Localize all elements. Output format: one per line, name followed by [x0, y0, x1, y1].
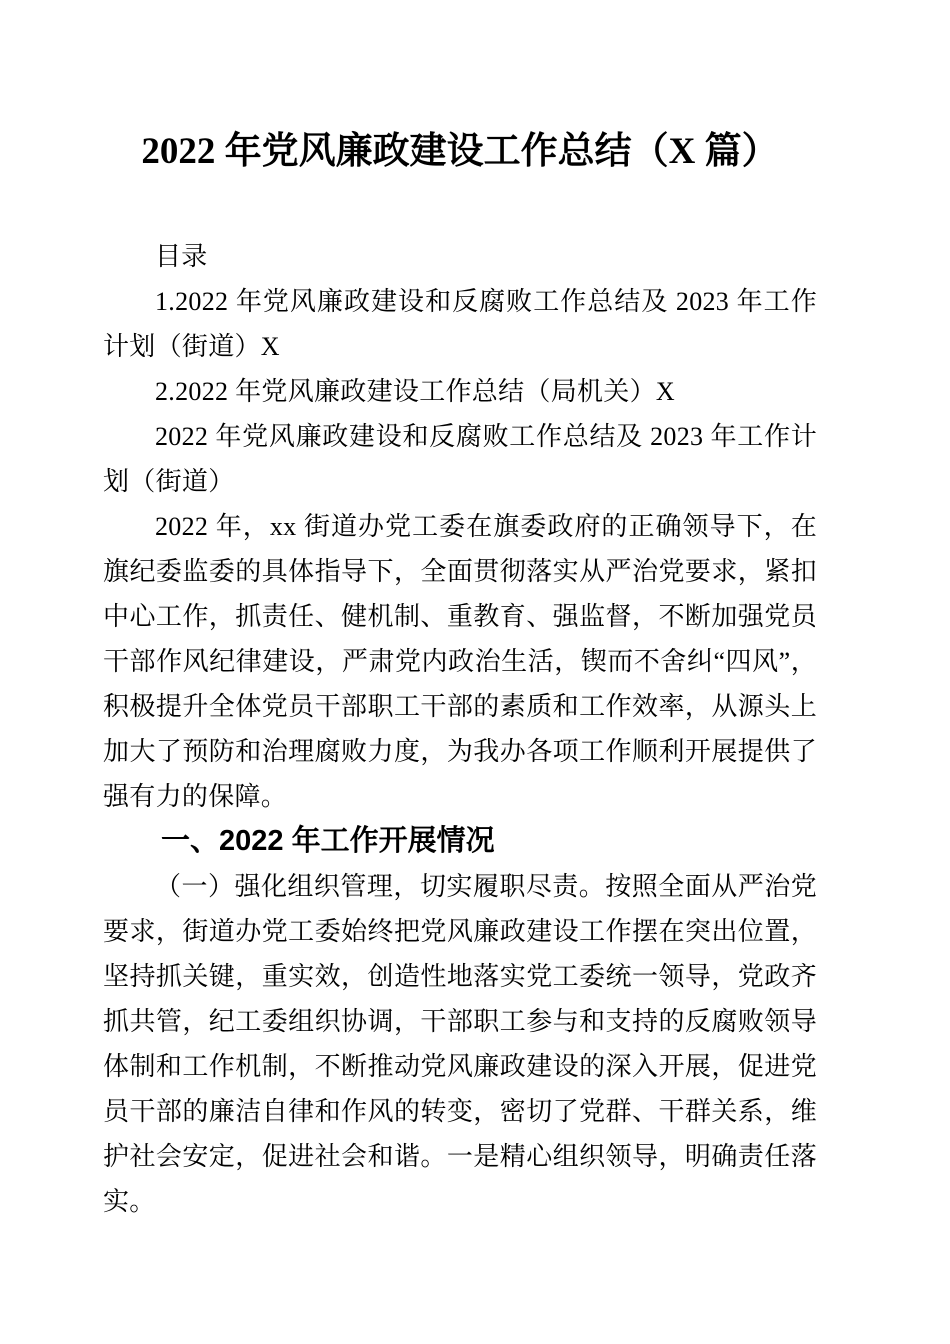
section-1-paragraph-1-text: 按照全面从严治党要求，街道办党工委始终把党风廉政建设工作摆在突出位置，坚持抓关键… [103, 872, 817, 1216]
document-content: 2022 年党风廉政建设工作总结（X 篇） 目录 1.2022 年党风廉政建设和… [103, 0, 817, 1224]
section-1-paragraph-1-lead: （一）强化组织管理，切实履职尽责。 [155, 872, 605, 901]
toc-label: 目录 [103, 234, 817, 279]
document-title: 2022 年党风廉政建设工作总结（X 篇） [103, 126, 817, 178]
document-page: 2022 年党风廉政建设工作总结（X 篇） 目录 1.2022 年党风廉政建设和… [0, 0, 950, 1344]
section-1-heading: 一、2022 年工作开展情况 [103, 819, 817, 864]
intro-paragraph: 2022 年，xx 街道办党工委在旗委政府的正确领导下，在旗纪委监委的具体指导下… [103, 504, 817, 819]
section-1-paragraph-1: （一）强化组织管理，切实履职尽责。按照全面从严治党要求，街道办党工委始终把党风廉… [103, 864, 817, 1224]
document-body: 目录 1.2022 年党风廉政建设和反腐败工作总结及 2023 年工作计划（街道… [103, 234, 817, 1224]
toc-item-2: 2.2022 年党风廉政建设工作总结（局机关）X [103, 369, 817, 414]
toc-item-1: 1.2022 年党风廉政建设和反腐败工作总结及 2023 年工作计划（街道）X [103, 279, 817, 369]
document-subtitle: 2022 年党风廉政建设和反腐败工作总结及 2023 年工作计划（街道） [103, 414, 817, 504]
